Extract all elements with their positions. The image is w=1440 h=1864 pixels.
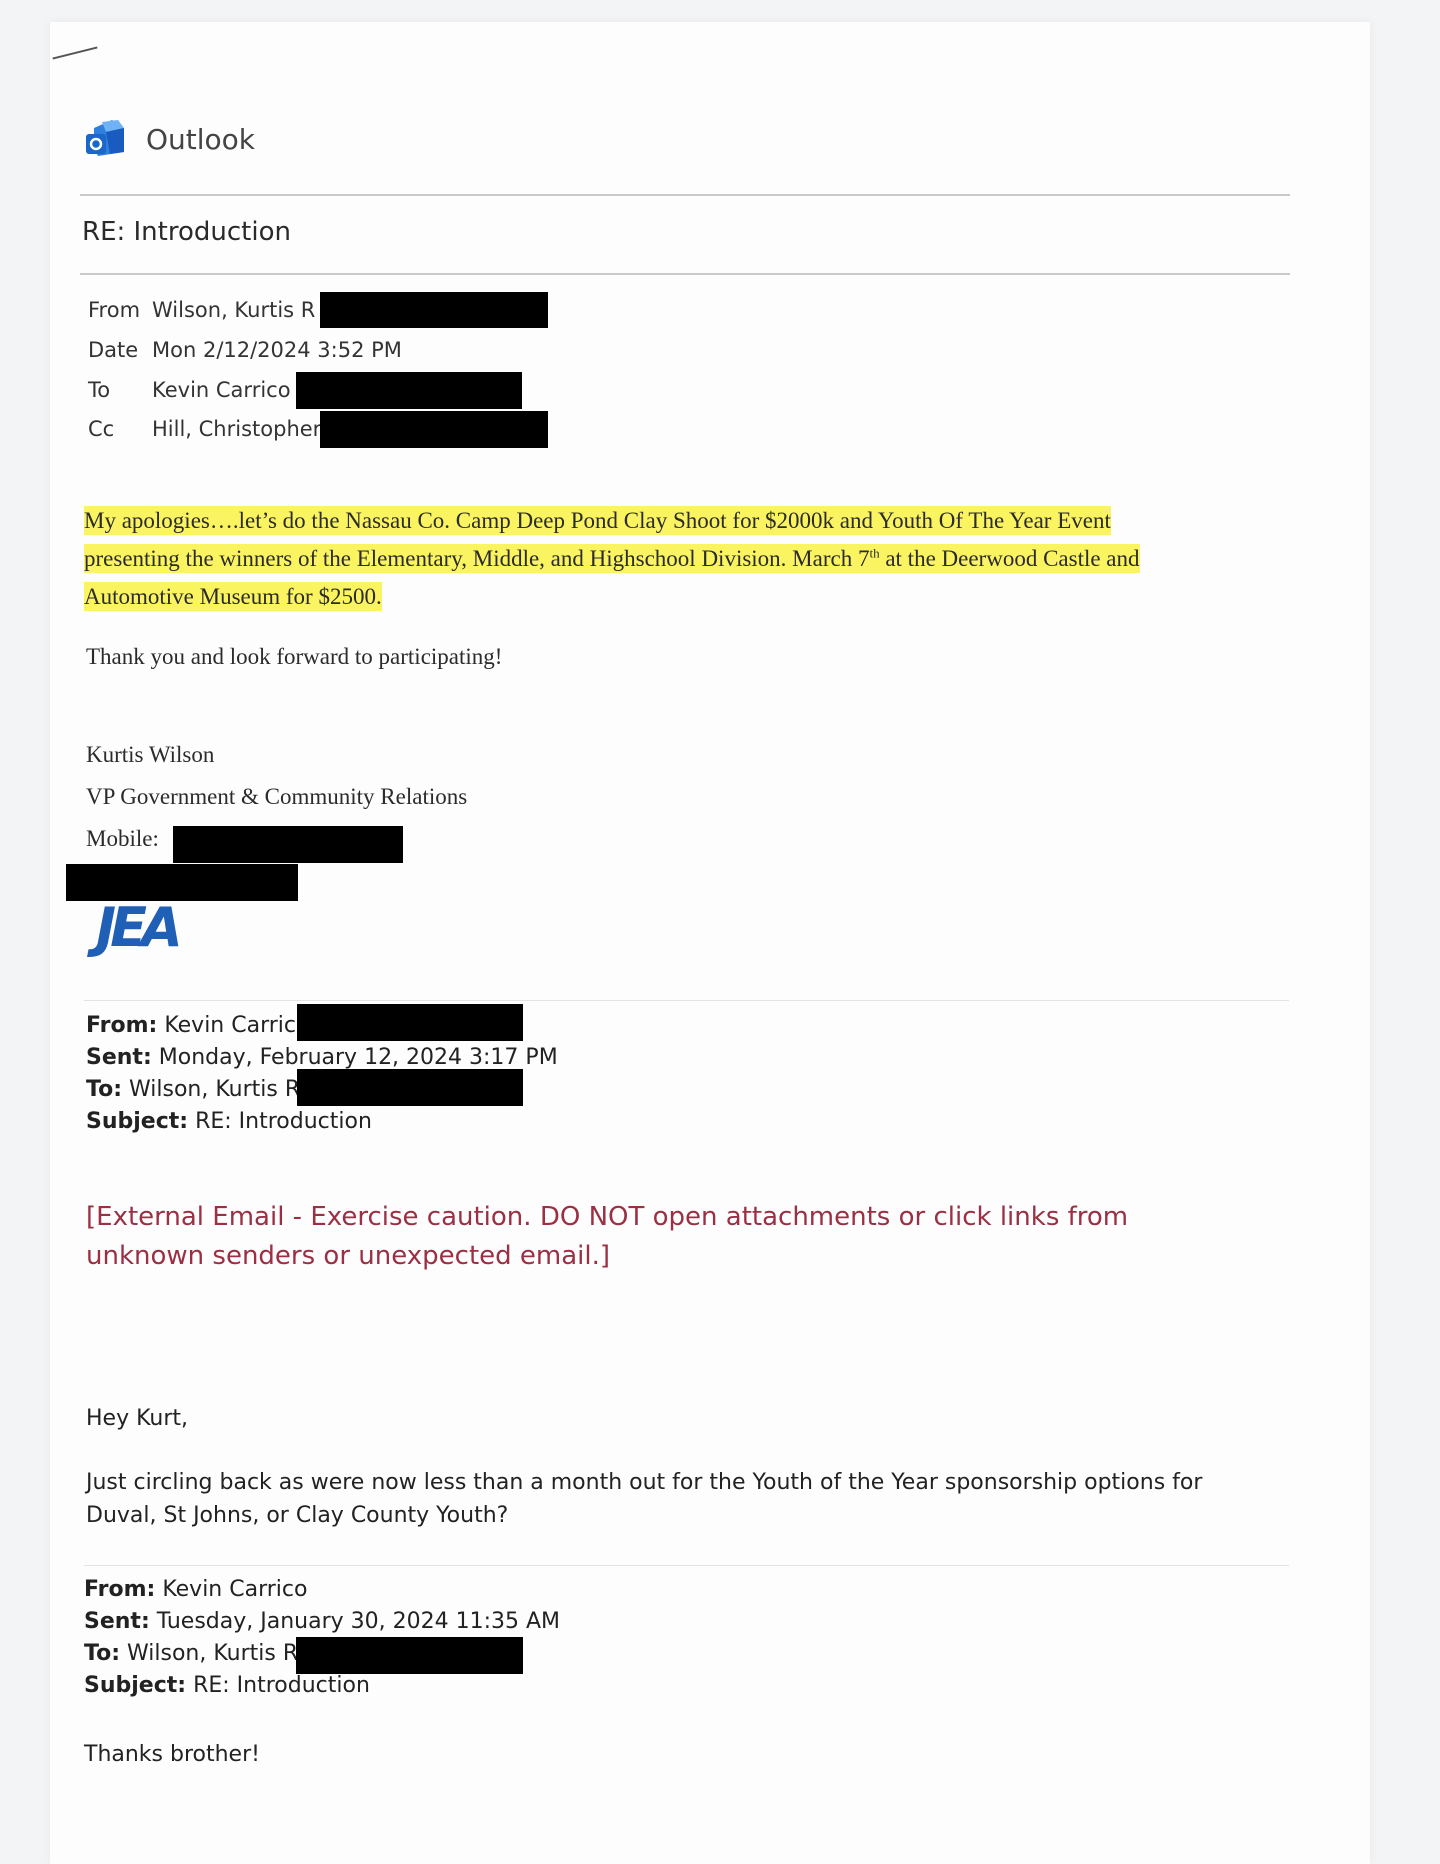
from-label: From [88, 298, 152, 322]
ordinal-suffix: th [869, 545, 879, 560]
signature-name: Kurtis Wilson [86, 736, 214, 774]
highlighted-text: Automotive Museum for $2500. [84, 582, 382, 611]
to-row: ToKevin Carrico [88, 378, 291, 402]
date-label: Date [88, 338, 152, 362]
jea-logo: JEA [96, 896, 177, 959]
redaction [320, 292, 548, 328]
to-value[interactable]: Kevin Carrico [152, 378, 291, 402]
divider [84, 1565, 1289, 1566]
divider [80, 194, 1290, 196]
to-label: To: [86, 1077, 122, 1102]
body-text: presenting the winners of the Elementary… [84, 546, 869, 571]
to-value[interactable]: Wilson, Kurtis R [127, 1641, 298, 1666]
body-text: at the Deerwood Castle and [880, 546, 1140, 571]
from-row: FromWilson, Kurtis R [88, 298, 315, 322]
sent-label: Sent: [84, 1609, 150, 1634]
redaction [320, 411, 548, 448]
highlighted-text: My apologies….let’s do the Nassau Co. Ca… [84, 506, 1111, 535]
sent-value: Tuesday, January 30, 2024 11:35 AM [157, 1609, 560, 1634]
external-email-warning: [External Email - Exercise caution. DO N… [86, 1198, 1236, 1276]
cc-label: Cc [88, 417, 152, 441]
signature-title: VP Government & Community Relations [86, 778, 467, 816]
redaction [173, 826, 403, 863]
cc-value[interactable]: Hill, Christopher [152, 417, 321, 441]
thanks-line: Thank you and look forward to participat… [86, 638, 502, 676]
divider [80, 273, 1290, 275]
redaction [297, 1004, 523, 1041]
app-title: Outlook [146, 123, 255, 156]
cc-row: CcHill, Christopher [88, 417, 321, 441]
redaction [296, 1637, 523, 1674]
highlighted-text: presenting the winners of the Elementary… [84, 544, 1140, 573]
subject-label: Subject: [84, 1673, 186, 1698]
subject-value: RE: Introduction [195, 1109, 372, 1134]
date-row: DateMon 2/12/2024 3:52 PM [88, 338, 402, 362]
from-value[interactable]: Kevin Carrico [164, 1013, 309, 1038]
signature-mobile-label: Mobile: [86, 820, 159, 858]
from-value[interactable]: Kevin Carrico [162, 1577, 307, 1602]
sent-label: Sent: [86, 1045, 152, 1070]
to-label: To: [84, 1641, 120, 1666]
from-label: From: [86, 1013, 157, 1038]
from-label: From: [84, 1577, 155, 1602]
subject-value: RE: Introduction [193, 1673, 370, 1698]
to-value[interactable]: Wilson, Kurtis R [129, 1077, 300, 1102]
to-label: To [88, 378, 152, 402]
greeting: Hey Kurt, [86, 1402, 188, 1435]
redaction [296, 372, 522, 409]
quoted-body-2: Thanks brother! [84, 1738, 260, 1771]
date-value: Mon 2/12/2024 3:52 PM [152, 338, 402, 362]
outlook-icon [84, 118, 126, 158]
quoted-body-1: Just circling back as were now less than… [86, 1466, 1266, 1532]
redaction [297, 1069, 523, 1106]
email-body: My apologies….let’s do the Nassau Co. Ca… [84, 502, 1314, 616]
sent-value: Monday, February 12, 2024 3:17 PM [159, 1045, 558, 1070]
subject-label: Subject: [86, 1109, 188, 1134]
email-subject: RE: Introduction [82, 217, 291, 247]
divider [84, 1000, 1289, 1001]
from-value[interactable]: Wilson, Kurtis R [152, 298, 315, 322]
